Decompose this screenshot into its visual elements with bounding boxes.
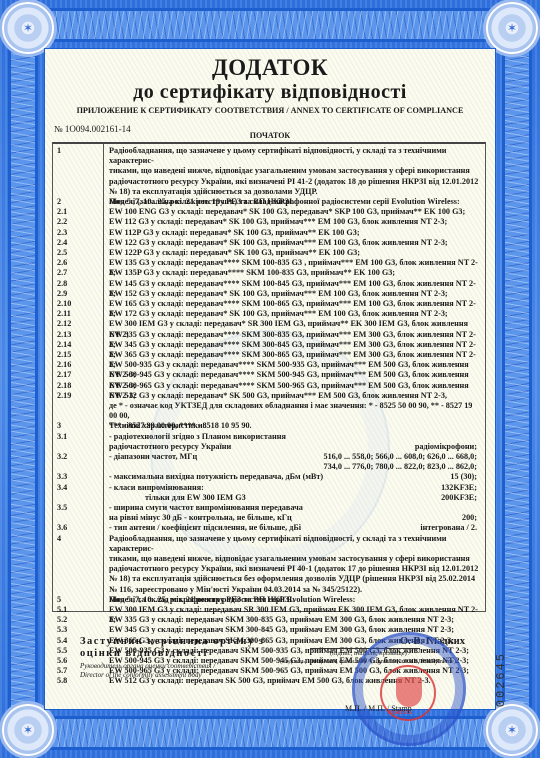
row-text: EW 345 G3 у складі: передавач SKM 300-84… [103, 625, 485, 635]
spec-label: - тип антени / коефіцієнт підсилення, не… [109, 523, 301, 533]
row-text: EW 335 G3 у складі: передавач SKM 300-83… [103, 615, 485, 625]
row-text: EW 152 G3 у складі: передавач* SK 100 G3… [103, 289, 485, 299]
row-text: EW 122 G3 у складі: передавач* SK 100 G3… [103, 238, 485, 248]
stamp-label: М.П. / М.П. / Stamp [345, 704, 412, 713]
specification-table: 1Радіообладнання, що зазначене у цьому с… [52, 142, 486, 612]
table-row: 2.3EW 112P G3 у складі: передавач* SK 10… [53, 228, 485, 238]
spec-value: 15 (30); [450, 472, 481, 482]
row-text: EW 112P G3 у складі: передавач* SK 100 G… [103, 228, 485, 238]
row-text: EW 112 G3 у складі: передавач* SK 100 G3… [103, 217, 485, 227]
row-content: - ширина смуги частот випромінювання пер… [103, 503, 485, 523]
row-text: EW 122P G3 у складі: передавач* SK 100 G… [103, 248, 485, 258]
table-row-3-4: 3.4- класи випромінювання:132KF3E; [53, 483, 485, 493]
border-band-left [8, 40, 38, 718]
rosette-icon: ✶ [486, 2, 538, 54]
row-text: EW 135P G3 у складі: передавач**** SKM 1… [103, 268, 485, 278]
row-number: 2.7 [53, 268, 103, 278]
rosette-icon: ✶ [2, 2, 54, 54]
row-number: 3.6 [53, 523, 103, 533]
table-row-3-1: 3.1- радіотехнології згідно з Планом вик… [53, 432, 485, 452]
row-content: - тип антени / коефіцієнт підсилення, не… [103, 523, 485, 533]
row-text: Моделі та склад мікрофонних радіосистем … [103, 595, 485, 605]
row-number: 3.1 [53, 432, 103, 452]
row-number [53, 462, 103, 472]
spec-value: інтегрована / 2. [420, 523, 481, 533]
row-content: - максимальна вихідна потужність передав… [103, 472, 485, 482]
spec-value: 516,0 ... 558,0; 566,0 ... 608,0; 626,0 … [323, 452, 481, 462]
row-number: 2.11 [53, 309, 103, 319]
row-content: - радіотехнології згідно з Планом викори… [103, 432, 485, 452]
certificate-annex-page: ✶ ✶ ✶ ✶ ДОДАТОК до сертифікату відповідн… [0, 0, 540, 758]
signer-title: Заступник керівника органу з оцінки відп… [80, 636, 280, 660]
spec-label: - ширина смуги частот випромінювання пер… [109, 503, 303, 523]
spec-value: 132KF3E; [441, 483, 481, 493]
table-row-3-6: 3.6- тип антени / коефіцієнт підсилення,… [53, 523, 485, 533]
section-label: ПОЧАТОК [44, 131, 496, 140]
table-row: 2.5EW 122P G3 у складі: передавач* SK 10… [53, 248, 485, 258]
spec-label: - діапазони частот, МГц [109, 452, 197, 462]
row-number: 2 [53, 197, 103, 207]
row-number: 3 [53, 421, 103, 431]
page-subtitle: до сертифікату відповідності [44, 81, 496, 104]
row-content: - класи випромінювання:132KF3E; [103, 483, 485, 493]
spec-value: 200KF3E; [441, 493, 481, 503]
signer-title-ru: Руководитель органа оценки соответствия … [80, 662, 215, 671]
row-number: 2.3 [53, 228, 103, 238]
table-row: 2.11EW 172 G3 у складі: передавач* SK 10… [53, 309, 485, 319]
table-row: 5.2EW 335 G3 у складі: передавач SKM 300… [53, 615, 485, 625]
table-row: 2.4EW 122 G3 у складі: передавач* SK 100… [53, 238, 485, 248]
table-row: 2.2EW 112 G3 у складі: передавач* SK 100… [53, 217, 485, 227]
spec-label: - радіотехнології згідно з Планом викори… [109, 432, 286, 452]
row-number: 3.3 [53, 472, 103, 482]
table-row: 2Моделі (загальна кількість 19 шт.) та с… [53, 197, 485, 207]
border-band-top [38, 8, 502, 42]
row-number [53, 493, 103, 503]
spec-label: - максимальна вихідна потужність передав… [109, 472, 323, 482]
rosette-icon: ✶ [2, 704, 54, 756]
row-text: Технічні характеристики: [103, 421, 485, 431]
coat-of-arms-icon [396, 677, 422, 707]
spec-label: тільки для EW 300 IEM G3 [145, 493, 246, 503]
serial-number: 002645 [494, 652, 508, 707]
row-number: 5 [53, 595, 103, 605]
row-number: 3.2 [53, 452, 103, 462]
row-number: 5.2 [53, 615, 103, 625]
table-row-3-2-cont: 734,0 ... 776,0; 780,0 ... 822,0; 823,0 … [53, 462, 485, 472]
subtitle-translation: ПРИЛОЖЕНИЕ К СЕРТИФИКАТУ СООТВЕТСТВИЯ / … [44, 106, 496, 115]
row-number: 2.9 [53, 289, 103, 299]
table-row-3-5: 3.5- ширина смуги частот випромінювання … [53, 503, 485, 523]
table-row-3-3: 3.3- максимальна вихідна потужність пере… [53, 472, 485, 482]
row-content: - діапазони частот, МГц516,0 ... 558,0; … [103, 452, 485, 462]
row-text: EW 100 ENG G3 у складі: передавач* SK 10… [103, 207, 485, 217]
signer-title-translation: Руководитель органа оценки соответствия … [80, 662, 215, 680]
table-row: 5Моделі та склад мікрофонних радіосистем… [53, 595, 485, 605]
row-text: Моделі (загальна кількість 19 шт.) та ск… [103, 197, 485, 207]
row-number: 2.4 [53, 238, 103, 248]
page-title: ДОДАТОК [44, 55, 496, 81]
spec-value: 200; [462, 513, 481, 523]
row-number: 5.3 [53, 625, 103, 635]
spec-label: - класи випромінювання: [109, 483, 204, 493]
table-row: 2.1EW 100 ENG G3 у складі: передавач* SK… [53, 207, 485, 217]
rosette-icon: ✶ [486, 704, 538, 756]
border-band-right [502, 40, 532, 718]
row-number: 3.5 [53, 503, 103, 523]
row-number: 3.4 [53, 483, 103, 493]
signer-title-en: Director of the conformity assessment bo… [80, 671, 215, 680]
table-row: 2.9EW 152 G3 у складі: передавач* SK 100… [53, 289, 485, 299]
table-row-3-2: 3.2- діапазони частот, МГц516,0 ... 558,… [53, 452, 485, 462]
row-content: 734,0 ... 776,0; 780,0 ... 822,0; 823,0 … [103, 462, 485, 472]
spec-value: радіомікрофони; [415, 442, 481, 452]
row-number: 2.5 [53, 248, 103, 258]
row-number: 2.2 [53, 217, 103, 227]
table-row: 3Технічні характеристики: [53, 421, 485, 431]
spec-value: 734,0 ... 776,0; 780,0 ... 822,0; 823,0 … [323, 462, 481, 472]
table-row: 2.7EW 135P G3 у складі: передавач**** SK… [53, 268, 485, 278]
table-row-3-4-sub: тільки для EW 300 IEM G3200KF3E; [53, 493, 485, 503]
row-text: EW 172 G3 у складі: передавач* SK 100 G3… [103, 309, 485, 319]
row-number: 2.1 [53, 207, 103, 217]
row-content: тільки для EW 300 IEM G3200KF3E; [103, 493, 485, 503]
